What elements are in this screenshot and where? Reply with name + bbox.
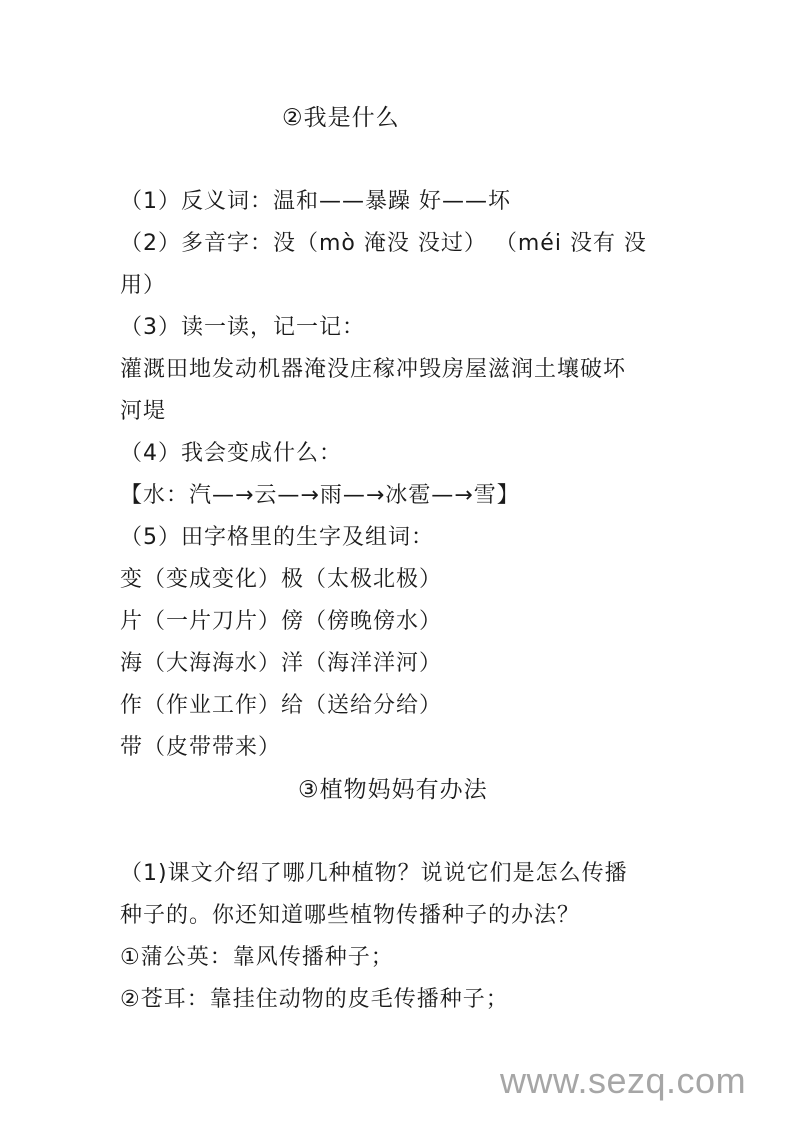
read-remember-words-cont: 河堤 <box>120 398 166 426</box>
question-line: （1)课文介绍了哪几种植物？说说它们是怎么传播 <box>120 860 628 888</box>
water-cycle-line: 【水：汽—→云—→雨—→冰雹—→雪】 <box>120 482 520 510</box>
polyphone-line-cont: 用） <box>120 272 166 300</box>
answer-dandelion: ①蒲公英：靠风传播种子； <box>120 944 394 972</box>
polyphone-line: （2）多音字：没（mò 淹没 没过） （méi 没有 没 <box>120 230 647 258</box>
new-characters-heading: （5）田字格里的生字及组词： <box>120 524 434 552</box>
section-2-title: ②我是什么 <box>282 104 400 132</box>
question-line-cont: 种子的。你还知道哪些植物传播种子的办法？ <box>120 902 580 930</box>
transform-heading: （4）我会变成什么： <box>120 440 342 468</box>
character-words-row: 作（作业工作）给（送给分给） <box>120 692 442 720</box>
read-remember-heading: （3）读一读，记一记： <box>120 314 365 342</box>
antonyms-line: （1）反义词：温和——暴躁 好——坏 <box>120 188 511 216</box>
character-words-row: 海（大海海水）洋（海洋洋河） <box>120 650 442 678</box>
document-page: ②我是什么 （1）反义词：温和——暴躁 好——坏 （2）多音字：没（mò 淹没 … <box>0 0 800 1132</box>
answer-cocklebur: ②苍耳：靠挂住动物的皮毛传播种子； <box>120 986 509 1014</box>
character-words-row: 片（一片刀片）傍（傍晚傍水） <box>120 608 442 636</box>
read-remember-words: 灌溉田地发动机器淹没庄稼冲毁房屋滋润土壤破坏 <box>120 356 626 384</box>
character-words-row: 变（变成变化）极（太极北极） <box>120 566 442 594</box>
watermark-text: www.sezq.com <box>500 1060 746 1102</box>
character-words-row: 带（皮带带来） <box>120 734 281 762</box>
section-3-title: ③植物妈妈有办法 <box>298 776 488 804</box>
